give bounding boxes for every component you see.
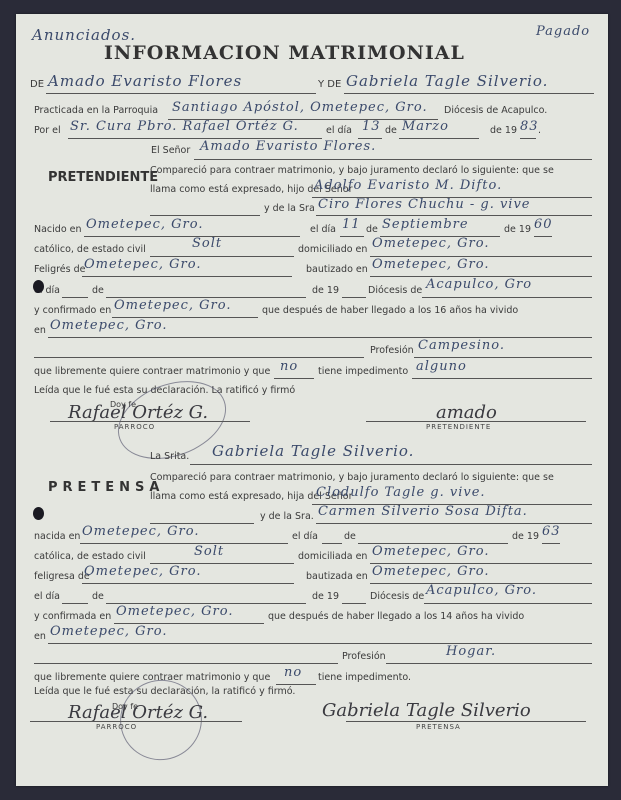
impedimento-label: tiene impedimento bbox=[318, 366, 408, 377]
year-label: de 19 bbox=[512, 531, 539, 542]
diocese-field: Acapulco, Gro. bbox=[426, 583, 537, 598]
de-label: de bbox=[344, 531, 356, 542]
declaration-text: Compareció para contraer matrimonio, y b… bbox=[150, 165, 554, 176]
despues-label: que después de haber llegado a los 16 añ… bbox=[262, 305, 518, 316]
parroco-label: PARROCO bbox=[96, 723, 137, 731]
el-dia-label: el día bbox=[34, 591, 60, 602]
bautizada-label: bautizada en bbox=[306, 571, 368, 582]
mother-field: Carmen Silverio Sosa Difta. bbox=[318, 504, 528, 519]
madre-label: y de la Sra. bbox=[260, 511, 314, 522]
domicile-field: Ometepec, Gro. bbox=[372, 544, 490, 559]
civil-status-field: Solt bbox=[192, 236, 222, 251]
no-field: no bbox=[284, 665, 302, 680]
punch-hole bbox=[33, 507, 44, 520]
civil-status-field: Solt bbox=[194, 544, 224, 559]
despues-label: que después de haber llegado a los 14 añ… bbox=[268, 611, 524, 622]
year-label: de 19 bbox=[504, 224, 531, 235]
senor-label: El Señor bbox=[151, 145, 190, 156]
diocesis-label: Diócesis de bbox=[368, 285, 422, 296]
domicilio-label: domiciliada en bbox=[298, 551, 367, 562]
de-label: DE bbox=[30, 79, 44, 90]
punch-hole bbox=[33, 280, 44, 293]
y-de-label: Y DE bbox=[318, 79, 341, 90]
nacida-label: nacida en bbox=[34, 531, 80, 542]
birthplace-field: Ometepec, Gro. bbox=[86, 217, 204, 232]
confirmado-label: y confirmado en bbox=[34, 305, 111, 316]
day-field: 13 bbox=[362, 119, 381, 134]
birth-day-field: 11 bbox=[342, 217, 361, 232]
feligresa-label: feligresa de bbox=[34, 571, 90, 582]
domicilio-label: domiciliado en bbox=[298, 244, 367, 255]
de19-label: de 19 bbox=[312, 591, 339, 602]
nacido-label: Nacido en bbox=[34, 224, 82, 235]
baptized-field: Ometepec, Gro. bbox=[372, 564, 490, 579]
en-label: en bbox=[34, 631, 46, 642]
pretensa-label: PRETENSA bbox=[416, 723, 461, 731]
birth-month-field: Septiembre bbox=[382, 217, 469, 232]
domicile-field: Ometepec, Gro. bbox=[372, 236, 490, 251]
no-field: no bbox=[280, 359, 298, 374]
profession-field: Campesino. bbox=[418, 338, 505, 353]
de-label-b: de bbox=[92, 285, 104, 296]
father-field: Adolfo Evaristo M. Difto. bbox=[314, 178, 502, 193]
year-suffix: . bbox=[538, 125, 541, 136]
parish-label: Practicada en la Parroquia bbox=[34, 105, 158, 116]
document-title: INFORMACION MATRIMONIAL bbox=[104, 42, 465, 64]
madre-label: y de la Sra bbox=[264, 203, 315, 214]
pretensa-signature: Gabriela Tagle Silverio bbox=[322, 700, 531, 721]
dia-label: el día bbox=[292, 531, 318, 542]
parish-field: Santiago Apóstol, Ometepec, Gro. bbox=[172, 100, 428, 115]
en-label: en bbox=[34, 325, 46, 336]
annotation-pagado: Pagado bbox=[536, 24, 590, 39]
dia-label: el día bbox=[310, 224, 336, 235]
lived-field: Ometepec, Gro. bbox=[50, 624, 168, 639]
parroco-signature: Rafael Ortéz G. bbox=[68, 402, 208, 423]
groom-full-name-field: Amado Evaristo Flores. bbox=[200, 139, 376, 154]
diocesis-label: Diócesis de bbox=[370, 591, 424, 602]
year-label: de 19 bbox=[490, 125, 517, 136]
profession-field: Hogar. bbox=[446, 644, 496, 659]
lived-field: Ometepec, Gro. bbox=[50, 318, 168, 333]
diocese-label: Diócesis de Acapulco. bbox=[444, 105, 547, 116]
impediment-field: alguno bbox=[416, 359, 467, 374]
mother-field: Ciro Flores Chuchu - g. vive bbox=[318, 197, 531, 212]
baptized-field: Ometepec, Gro. bbox=[372, 257, 490, 272]
parishioner-field: Ometepec, Gro. bbox=[84, 257, 202, 272]
pretendiente-signature: amado bbox=[436, 402, 497, 423]
profesion-label: Profesión bbox=[370, 345, 414, 356]
confirmed-field: Ometepec, Gro. bbox=[114, 298, 232, 313]
por-el-label: Por el bbox=[34, 125, 61, 136]
srita-label: La Srita. bbox=[150, 451, 189, 462]
de-label-b: de bbox=[92, 591, 104, 602]
section-pretendiente: PRETENDIENTE bbox=[48, 170, 158, 185]
parishioner-field: Ometepec, Gro. bbox=[84, 564, 202, 579]
confirmada-label: y confirmada en bbox=[34, 611, 111, 622]
parroco-signature: Rafael Ortéz G. bbox=[68, 702, 208, 723]
birth-year-field: 60 bbox=[534, 217, 553, 232]
de-label-2: de bbox=[385, 125, 397, 136]
month-field: Marzo bbox=[402, 119, 449, 134]
catolico-label: católico, de estado civil bbox=[34, 244, 146, 255]
feligres-label: Feligrés de bbox=[34, 264, 86, 275]
profesion-label: Profesión bbox=[342, 651, 386, 662]
dia-label: el día bbox=[326, 125, 352, 136]
impedimento-label: tiene impedimento. bbox=[318, 672, 411, 683]
de19-label: de 19 bbox=[312, 285, 339, 296]
bride-name-field: Gabriela Tagle Silverio. bbox=[346, 72, 548, 90]
confirmed-field: Ometepec, Gro. bbox=[116, 604, 234, 619]
catolica-label: católica, de estado civil bbox=[34, 551, 146, 562]
groom-name-field: Amado Evaristo Flores bbox=[48, 72, 242, 90]
declaration-text: Compareció para contraer matrimonio, y b… bbox=[150, 472, 554, 483]
de-label: de bbox=[366, 224, 378, 235]
priest-field: Sr. Cura Pbro. Rafael Ortéz G. bbox=[70, 119, 299, 134]
bride-full-name-field: Gabriela Tagle Silverio. bbox=[212, 442, 414, 460]
pretendiente-label: PRETENDIENTE bbox=[426, 423, 491, 431]
birth-year-field: 63 bbox=[542, 524, 561, 539]
libremente-label: que libremente quiere contraer matrimoni… bbox=[34, 366, 270, 377]
birthplace-field: Ometepec, Gro. bbox=[82, 524, 200, 539]
section-pretensa: PRETENSA bbox=[48, 480, 164, 495]
bautizado-label: bautizado en bbox=[306, 264, 368, 275]
year-field: 83 bbox=[520, 119, 539, 134]
diocese-field: Acapulco, Gro bbox=[426, 277, 532, 292]
parroco-label: PARROCO bbox=[114, 423, 155, 431]
father-field: Clodulfo Tagle g. vive. bbox=[316, 485, 486, 500]
document-page: Anunciados. Pagado INFORMACION MATRIMONI… bbox=[16, 14, 608, 786]
